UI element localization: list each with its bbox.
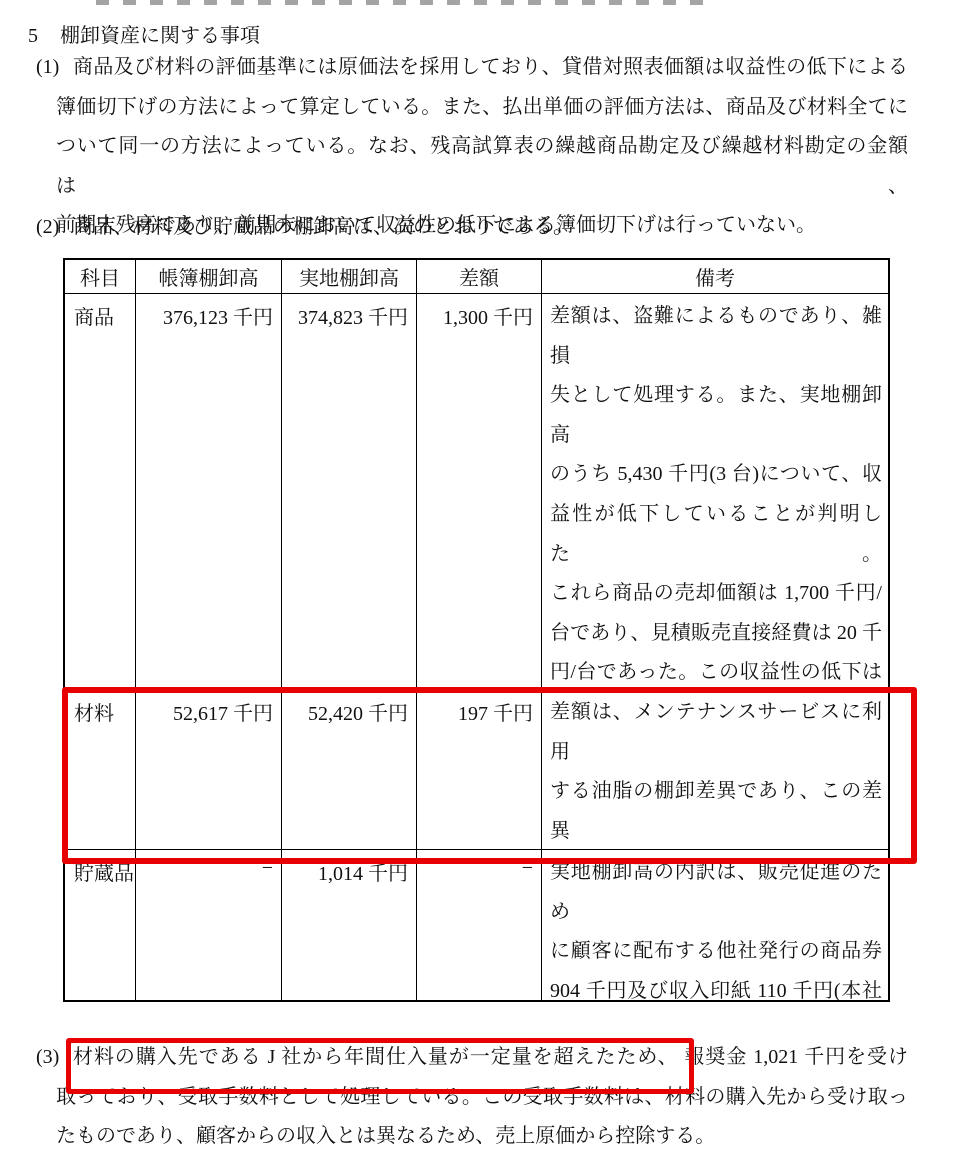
- remarks-line: 差額は、メンテナンスサービスに利用: [550, 693, 882, 772]
- paragraph-3-text-rest: 報奨金 1,021 千円を受け: [684, 1046, 908, 1068]
- paragraph-3-line-3: たものであり、顧客からの収入とは異なるため、売上原価から控除する。: [0, 1117, 908, 1157]
- table-row-chozouhin-remarks: 実地棚卸高の内訳は、販売促進のため に顧客に配布する他社発行の商品券 904 千…: [542, 850, 888, 1000]
- table-row-shouhin-item: 商品: [65, 294, 136, 690]
- remarks-line: 差額は、盗難によるものであり、雑損: [550, 297, 882, 376]
- paragraph-2-text-1: 商品、材料及び貯蔵品の棚卸高は、次のとおりである。: [73, 216, 573, 238]
- paragraph-1-text-1: 商品及び材料の評価基準には原価法を採用しており、貸借対照表価額は収益性の低下によ…: [73, 56, 908, 78]
- table-row-shouhin-book: 376,123 千円: [136, 294, 282, 690]
- paragraph-2-line-1: (2) 商品、材料及び貯蔵品の棚卸高は、次のとおりである。: [0, 208, 908, 248]
- table-header-difference: 差額: [417, 260, 542, 294]
- paragraph-1-marker: (1): [36, 48, 59, 88]
- paragraph-3-line-1: (3) 材料の購入先である J 社から年間仕入量が一定量を超えたため、 報奨金 …: [0, 1038, 908, 1078]
- remarks-line: 台であり、見積販売直接経費は 20 千: [550, 614, 882, 654]
- remarks-line: 904 千円及び収入印紙 110 千円(本社: [550, 972, 882, 1000]
- remarks-line: に顧客に配布する他社発行の商品券: [550, 932, 882, 972]
- document-page: 5 棚卸資産に関する事項 (1) 商品及び材料の評価基準には原価法を採用しており…: [0, 0, 975, 1166]
- table-header-book-inventory: 帳簿棚卸高: [136, 260, 282, 294]
- table-row-zairyou-remarks: 差額は、メンテナンスサービスに利用 する油脂の棚卸差異であり、この差異 は正常な…: [542, 690, 888, 850]
- paragraph-2-marker: (2): [36, 208, 59, 248]
- remarks-line: 益性が低下していることが判明した。: [550, 495, 882, 574]
- table-row-chozouhin-actual: 1,014 千円: [282, 850, 417, 1000]
- remarks-line: 失として処理する。また、実地棚卸高: [550, 376, 882, 455]
- remarks-line: 円/台であった。この収益性の低下は: [550, 653, 882, 690]
- remarks-line: 実地棚卸高の内訳は、販売促進のため: [550, 853, 882, 932]
- paragraph-1-line-1: (1) 商品及び材料の評価基準には原価法を採用しており、貸借対照表価額は収益性の…: [0, 48, 908, 88]
- table-row-shouhin-actual: 374,823 千円: [282, 294, 417, 690]
- table-row-chozouhin-item: 貯蔵品: [65, 850, 136, 1000]
- remarks-line: のうち 5,430 千円(3 台)について、収: [550, 455, 882, 495]
- inventory-table: 科目 帳簿棚卸高 実地棚卸高 差額 備考 商品 376,123 千円 374,8…: [63, 258, 890, 1002]
- table-row-zairyou-diff: 197 千円: [417, 690, 542, 850]
- table-row-chozouhin-diff: −: [417, 850, 542, 1000]
- table-row-zairyou-item: 材料: [65, 690, 136, 850]
- paragraph-3-boxed-text: 材料の購入先である J 社から年間仕入量が一定量を超えたため、: [73, 1046, 679, 1068]
- table-header-remarks: 備考: [542, 260, 888, 294]
- paragraph-2: (2) 商品、材料及び貯蔵品の棚卸高は、次のとおりである。: [0, 208, 908, 248]
- table-row-zairyou-actual: 52,420 千円: [282, 690, 417, 850]
- paragraph-3-line-2: 取っており、受取手数料として処理している。この受取手数料は、材料の購入先から受け…: [0, 1078, 908, 1118]
- table-row-chozouhin-book: −: [136, 850, 282, 1000]
- paragraph-1-line-3: ついて同一の方法によっている。なお、残高試算表の繰越商品勘定及び繰越材料勘定の金…: [0, 127, 908, 206]
- paragraph-3: (3) 材料の購入先である J 社から年間仕入量が一定量を超えたため、 報奨金 …: [0, 1038, 908, 1157]
- clipped-text-remnant: [96, 0, 708, 5]
- table-header-physical-inventory: 実地棚卸高: [282, 260, 417, 294]
- remarks-line: する油脂の棚卸差異であり、この差異: [550, 772, 882, 850]
- remarks-line: これら商品の売却価額は 1,700 千円/: [550, 574, 882, 614]
- paragraph-3-marker: (3): [36, 1038, 59, 1078]
- table-row-zairyou-book: 52,617 千円: [136, 690, 282, 850]
- paragraph-1-line-2: 簿価切下げの方法によって算定している。また、払出単価の評価方法は、商品及び材料全…: [0, 88, 908, 128]
- table-row-shouhin-remarks: 差額は、盗難によるものであり、雑損 失として処理する。また、実地棚卸高 のうち …: [542, 294, 888, 690]
- table-header-item: 科目: [65, 260, 136, 294]
- table-row-shouhin-diff: 1,300 千円: [417, 294, 542, 690]
